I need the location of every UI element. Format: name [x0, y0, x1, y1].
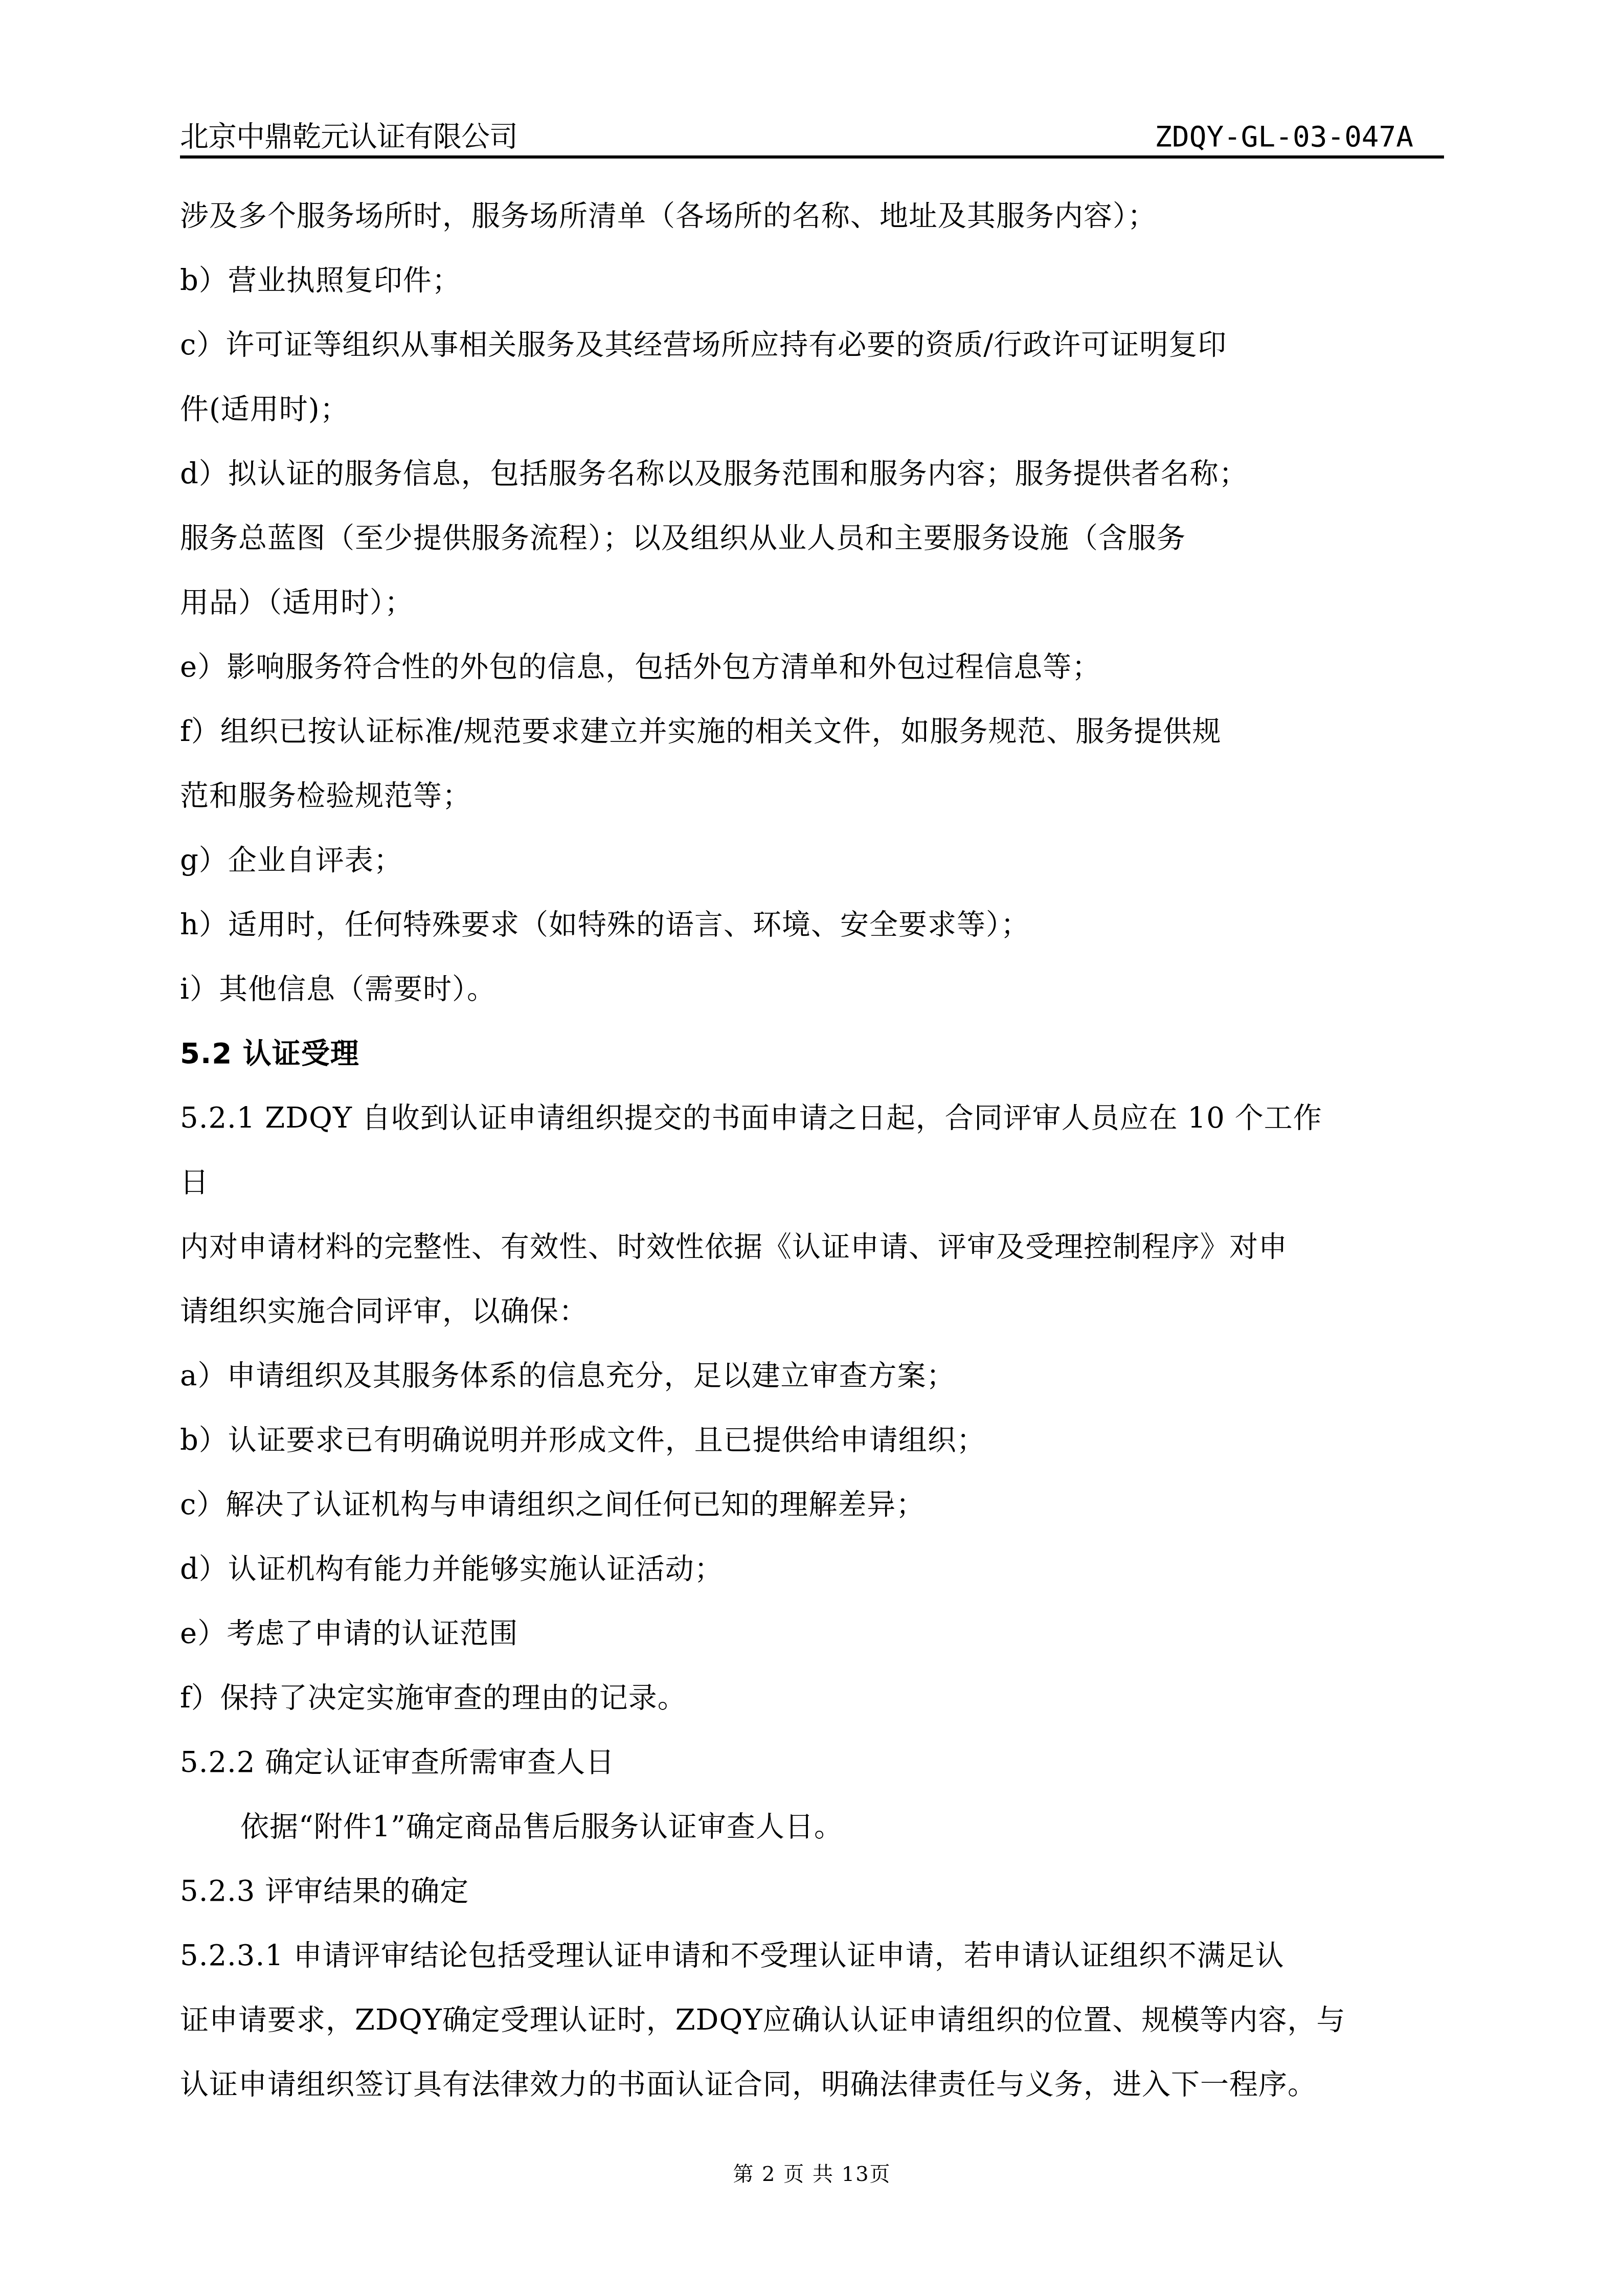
clause-5-2-1-wrap-1: 日: [180, 1151, 1453, 1215]
list-item-d-wrap-1: 服务总蓝图（至少提供服务流程）；以及组织从业人员和主要服务设施（含服务: [180, 506, 1453, 571]
list-item-i: i）其他信息（需要时）。: [180, 957, 1453, 1022]
list-item-d-wrap-2: 用品）（适用时）；: [180, 571, 1453, 635]
clause-5-2-1: 5.2.1 ZDQY 自收到认证申请组织提交的书面申请之日起，合同评审人员应在 …: [180, 1086, 1453, 1151]
list-item-g: g）企业自评表；: [180, 828, 1453, 893]
document-body: 涉及多个服务场所时，服务场所清单（各场所的名称、地址及其服务内容）； b）营业执…: [180, 184, 1453, 2117]
clause-5-2-3-1-wrap-1: 证申请要求，ZDQY确定受理认证时，ZDQY应确认认证申请组织的位置、规模等内容…: [180, 1988, 1453, 2053]
list-item-h: h）适用时，任何特殊要求（如特殊的语言、环境、安全要求等）；: [180, 893, 1453, 957]
page-number: 第 2 页 共 13页: [0, 2162, 1624, 2187]
clause-5-2-3-1: 5.2.3.1 申请评审结论包括受理认证申请和不受理认证申请，若申请认证组织不满…: [180, 1924, 1453, 1988]
list-item-f: f）组织已按认证标准/规范要求建立并实施的相关文件，如服务规范、服务提供规: [180, 700, 1453, 764]
list-item-c-wrap: 件(适用时)；: [180, 377, 1453, 442]
list-item-b: b）营业执照复印件；: [180, 249, 1453, 313]
list-item-continuation: 涉及多个服务场所时，服务场所清单（各场所的名称、地址及其服务内容）；: [180, 184, 1453, 249]
review-item-f: f）保持了决定实施审查的理由的记录。: [180, 1666, 1453, 1730]
page-header: 北京中鼎乾元认证有限公司 ZDQY-GL-03-047A: [180, 119, 1444, 159]
clause-5-2-3-heading: 5.2.3 评审结果的确定: [180, 1859, 1453, 1924]
list-item-f-wrap: 范和服务检验规范等；: [180, 764, 1453, 828]
clause-5-2-2-body: 依据“附件1”确定商品售后服务认证审查人日。: [180, 1795, 1453, 1859]
review-item-e: e）考虑了申请的认证范围: [180, 1602, 1453, 1666]
review-item-a: a）申请组织及其服务体系的信息充分，足以建立审查方案；: [180, 1344, 1453, 1408]
review-item-c: c）解决了认证机构与申请组织之间任何已知的理解差异；: [180, 1473, 1453, 1537]
clause-5-2-2-heading: 5.2.2 确定认证审查所需审查人日: [180, 1730, 1453, 1795]
list-item-e: e）影响服务符合性的外包的信息，包括外包方清单和外包过程信息等；: [180, 635, 1453, 700]
review-item-d: d）认证机构有能力并能够实施认证活动；: [180, 1537, 1453, 1602]
company-name: 北京中鼎乾元认证有限公司: [180, 121, 517, 153]
clause-5-2-1-wrap-3: 请组织实施合同评审，以确保：: [180, 1279, 1453, 1344]
document-code: ZDQY-GL-03-047A: [1155, 121, 1413, 153]
section-heading-5-2: 5.2 认证受理: [180, 1022, 1453, 1086]
review-item-b: b）认证要求已有明确说明并形成文件，且已提供给申请组织；: [180, 1408, 1453, 1473]
clause-5-2-3-1-wrap-2: 认证申请组织签订具有法律效力的书面认证合同，明确法律责任与义务，进入下一程序。: [180, 2053, 1453, 2117]
list-item-c: c）许可证等组织从事相关服务及其经营场所应持有必要的资质/行政许可证明复印: [180, 313, 1453, 377]
clause-5-2-1-wrap-2: 内对申请材料的完整性、有效性、时效性依据《认证申请、评审及受理控制程序》对申: [180, 1215, 1453, 1279]
list-item-d: d）拟认证的服务信息，包括服务名称以及服务范围和服务内容；服务提供者名称；: [180, 442, 1453, 506]
